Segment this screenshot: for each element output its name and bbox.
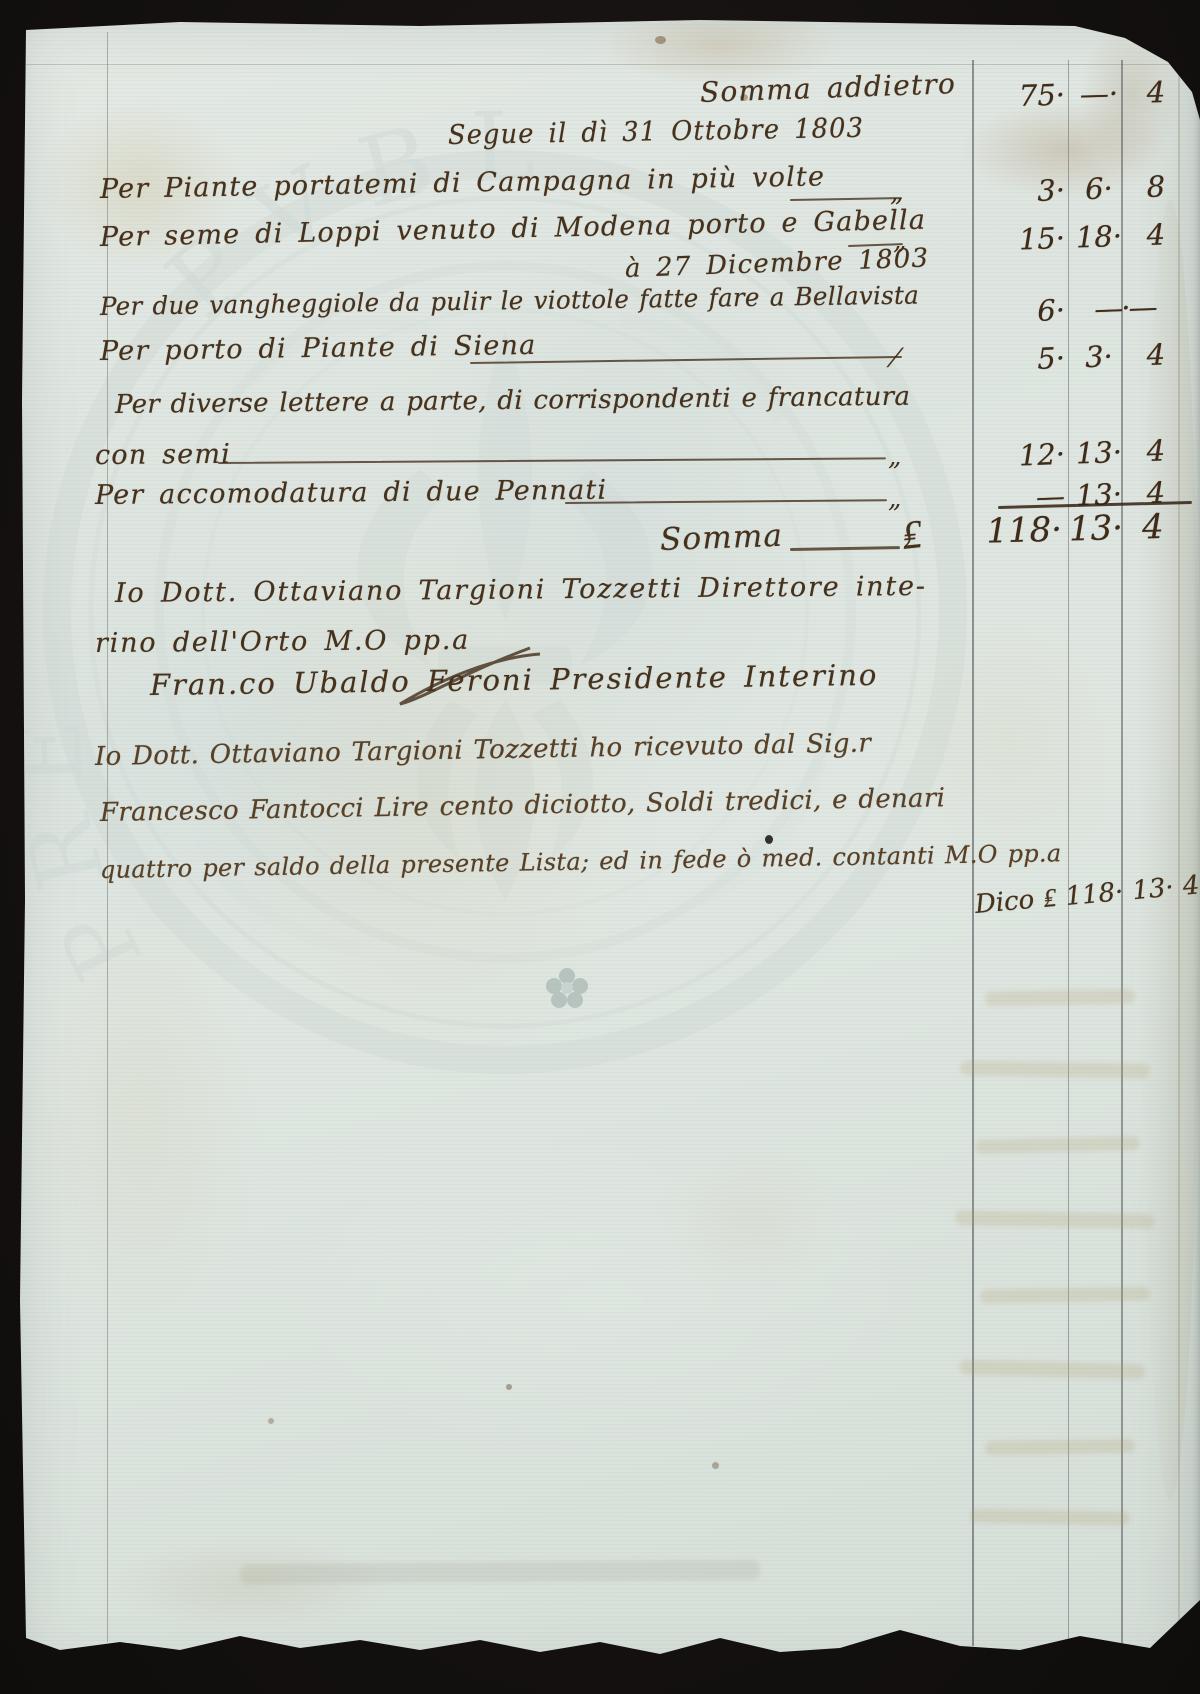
attestation-line1: Io Dott. Ottaviano Targioni Tozzetti Dir…: [115, 571, 927, 609]
entry-description: Per diverse lettere a parte, di corrispo…: [115, 382, 911, 420]
entry-description: Per accomodatura di due Pennati: [95, 475, 608, 511]
receipt-line3: quattro per saldo della presente Lista; …: [100, 839, 1062, 884]
manuscript-page: PVBL PRE: [0, 0, 1200, 1694]
carried-forward-amount: 75· —· 4: [975, 74, 1192, 114]
amount-lire: 15·: [974, 221, 1068, 258]
amount-denari: 4: [1130, 75, 1183, 110]
carried-forward-label: Somma addietro: [699, 67, 956, 109]
total-label: Somma: [659, 518, 783, 558]
ink-rule: [790, 197, 902, 201]
ink-speck: [712, 1462, 719, 1469]
ink-rule: [565, 499, 887, 504]
amount-soldi: —·: [1068, 76, 1131, 112]
entry-description-continued: con semi: [95, 439, 231, 471]
entry-amount: 12· 13· 4: [974, 432, 1191, 474]
ink-speck: [765, 835, 773, 844]
bleedthrough-text: [985, 1439, 1135, 1456]
amount-lire: 75·: [975, 78, 1069, 114]
entry-marker: „: [888, 484, 901, 514]
amount-soldi: 18·: [1067, 219, 1130, 255]
entry-amount: 6· —·—: [974, 288, 1191, 330]
entry-amount: 15· 18· 4: [974, 216, 1191, 258]
amount-lire: 5·: [974, 341, 1068, 378]
entry-description: Per seme di Loppi venuto di Modena porto…: [100, 205, 927, 253]
entry-amount: 3· 6· 8: [974, 168, 1191, 210]
ink-speck: [268, 1418, 274, 1424]
entry-marker: „: [888, 442, 901, 472]
amount-lire: 6·: [974, 293, 1068, 330]
receipt-line1: Io Dott. Ottaviano Targioni Tozzetti ho …: [95, 728, 872, 772]
stain: [20, 880, 260, 1340]
amount-denari: 8: [1129, 169, 1182, 205]
stain: [880, 600, 1140, 880]
svg-text:PRE: PRE: [0, 692, 163, 995]
entry-date-note: à 27 Dicembre 1803: [624, 243, 929, 284]
amount-denari: 4: [1126, 507, 1179, 548]
amount-lire: 12·: [974, 437, 1068, 474]
amount-denari: 4: [1129, 217, 1182, 253]
president-signature: Fran.co Ubaldo Feroni Presidente Interin…: [150, 658, 879, 702]
stain: [1140, 200, 1200, 1500]
fold-line: [1178, 30, 1180, 1650]
stain: [110, 1540, 390, 1630]
bleedthrough-text: [975, 1136, 1140, 1154]
entry-description: Per due vangheggiole da pulir le viottol…: [100, 281, 919, 321]
amount-lire: 118·: [971, 510, 1065, 552]
amount-soldi: 6·: [1067, 171, 1130, 207]
stain: [660, 1150, 840, 1290]
amount-denari: 4: [1129, 433, 1182, 469]
ink-rule: [790, 546, 900, 551]
ink-speck: [506, 1384, 512, 1390]
receipt-line2: Francesco Fantocci Lire cento diciotto, …: [100, 783, 946, 828]
receipt-dico-amount: Dico ₤ 118· 13· 4: [974, 870, 1200, 920]
top-ruled-line: [26, 64, 1200, 65]
bleedthrough-text: [985, 989, 1135, 1007]
amount-soldi: 3·: [1067, 339, 1130, 375]
margin-ruled-line: [107, 32, 108, 1642]
entry-marker: ⁄: [893, 344, 897, 374]
amount-lire: 3·: [974, 173, 1068, 210]
entry-marker: „: [890, 178, 903, 208]
bleedthrough-text: [240, 1560, 760, 1585]
amount-soldi: 13·: [1064, 508, 1127, 550]
fleuron-mark-icon: [542, 962, 592, 1014]
ink-rule: [218, 457, 886, 464]
bleedthrough-text: [955, 1210, 1155, 1228]
total-amount: 118· 13· 4: [971, 506, 1188, 552]
bleedthrough-text: [960, 1060, 1150, 1078]
bleedthrough-text: [970, 1509, 1130, 1526]
bleedthrough-text: [980, 1287, 1150, 1304]
amount-soldi: 13·: [1067, 435, 1130, 471]
bleedthrough-text: [960, 1360, 1145, 1380]
scan-background: PVBL PRE: [0, 0, 1200, 1694]
currency-sign: ₤: [900, 510, 926, 559]
seal-letters-left: PRE: [0, 692, 163, 995]
entry-amount: 5· 3· 4: [974, 336, 1191, 378]
amount-denari: 4: [1129, 337, 1182, 373]
entry-description: Per Piante portatemi di Campagna in più …: [100, 161, 826, 205]
continuation-heading: Segue il dì 31 Ottobre 1803: [448, 113, 865, 151]
amount-soldi: —·—: [1067, 289, 1182, 327]
ink-speck: [655, 36, 666, 44]
